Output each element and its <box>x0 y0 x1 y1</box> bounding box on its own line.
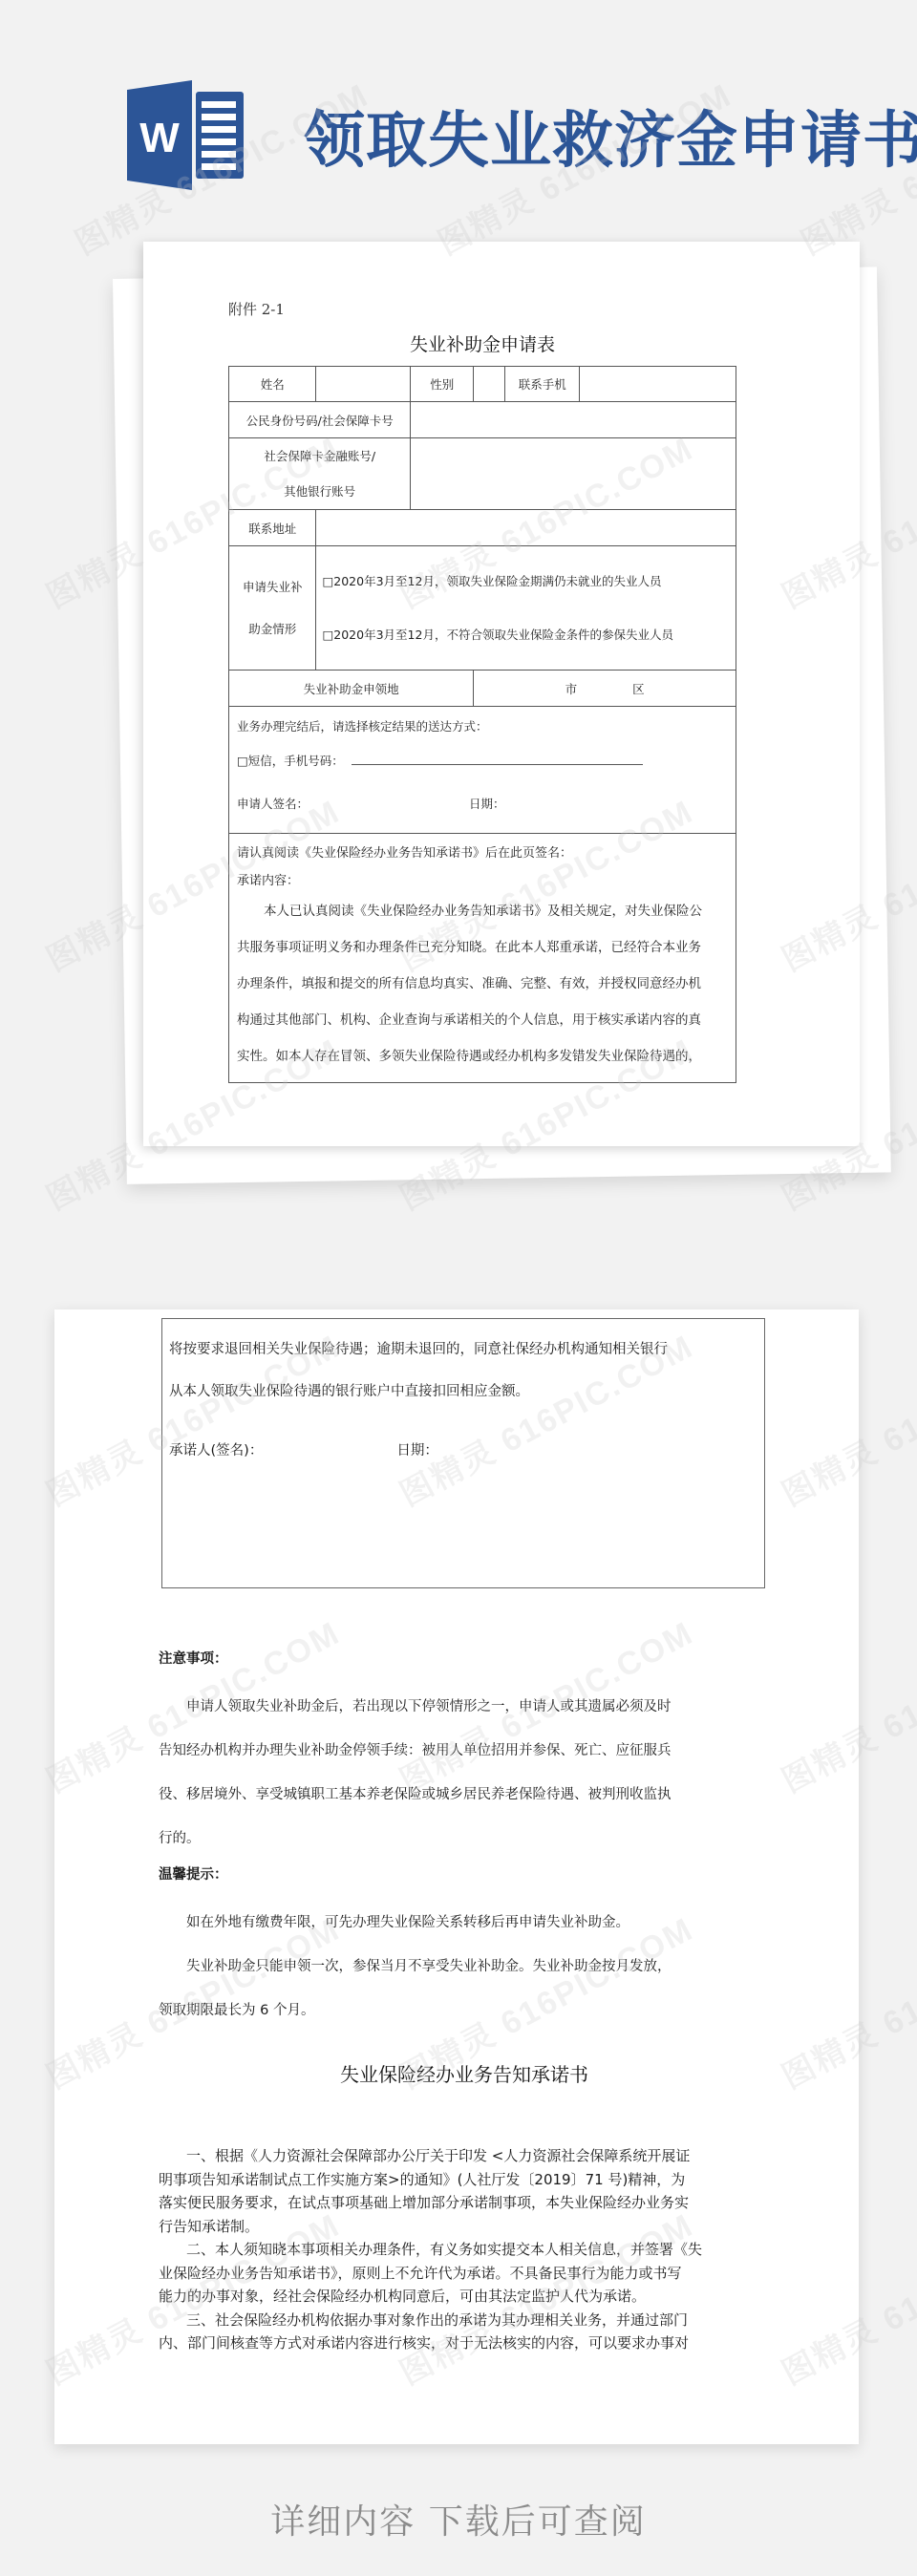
district-label: 区 <box>632 682 645 696</box>
name-label: 姓名 <box>229 367 316 402</box>
phone-field[interactable] <box>580 367 736 402</box>
read-prompt: 请认真阅读《失业保险经办业务告知承诺书》后在此页签名： <box>237 841 728 865</box>
notice-line: 业保险经办业务告知承诺书》，原则上不允许代为承诺。不具备民事行为能力或书写 <box>159 2262 770 2286</box>
pledger-sign-label: 承诺人(签名)： <box>169 1439 263 1459</box>
name-field[interactable] <box>316 367 411 402</box>
id-number-label: 公民身份号码/社会保障卡号 <box>229 402 411 438</box>
address-field[interactable] <box>316 510 736 546</box>
id-number-field[interactable] <box>411 402 736 438</box>
claim-place-field[interactable]: 市 区 <box>474 671 736 707</box>
situation-options: □2020年3月至12月，领取失业保险金期满仍未就业的失业人员 □2020年3月… <box>316 546 736 671</box>
tips-line: 失业补助金只能申领一次，参保当月不享受失业补助金。失业补助金按月发放， <box>159 1945 770 1989</box>
word-document-icon: W <box>127 80 245 190</box>
application-form-table: 姓名 性别 联系手机 公民身份号码/社会保障卡号 社会保障卡金融账号/ 其他银行… <box>228 366 736 1083</box>
city-label: 市 <box>565 682 578 696</box>
notice-title: 失业保险经办业务告知承诺书 <box>159 2059 770 2087</box>
bank-account-field[interactable] <box>411 438 736 510</box>
download-prompt[interactable]: 详细内容 下载后可查阅 <box>0 2495 917 2544</box>
pledger-date-label: 日期： <box>396 1439 438 1459</box>
notice-body: 一、根据《人力资源社会保障部办公厅关于印发 <人力资源社会保障系统开展证 明事项… <box>159 2144 770 2355</box>
notice-line: 能力的办事对象，经社会保险经办机构同意后，可由其法定监护人代为承诺。 <box>159 2285 770 2309</box>
notice-line: 三、社会保险经办机构依据办事对象作出的承诺为其办理相关业务，并通过部门 <box>159 2309 770 2332</box>
claim-place-label: 失业补助金申领地 <box>229 671 474 707</box>
pledge-line: 办理条件，填报和提交的所有信息均真实、准确、完整、有效，并授权同意经办机 <box>237 966 728 1002</box>
address-label: 联系地址 <box>229 510 316 546</box>
gender-label: 性别 <box>411 367 474 402</box>
tips-heading: 温馨提示： <box>159 1861 770 1889</box>
pledge-continued-line: 将按要求退回相关失业保险待遇；逾期未退回的，同意社保经办机构通知相关银行 <box>169 1329 757 1371</box>
notice-line: 明事项告知承诺制试点工作实施方案>的通知》(人社厅发〔2019〕71 号)精神，… <box>159 2168 770 2192</box>
sms-phone-field[interactable] <box>352 752 643 765</box>
situation-label-line2: 助金情形 <box>235 608 309 650</box>
form-title: 失业补助金申请表 <box>228 330 736 356</box>
situation-label: 申请失业补 助金情形 <box>229 546 316 671</box>
tips-line: 领取期限最长为 6 个月。 <box>159 1989 770 2033</box>
applicant-sign-label: 申请人签名： <box>237 783 309 825</box>
notice-line: 落实便民服务要求，在试点事项基础上增加部分承诺制事项，本失业保险经办业务实 <box>159 2191 770 2215</box>
notes-section: 注意事项： 申请人领取失业补助金后，若出现以下停领情形之一，申请人或其遗属必须及… <box>159 1645 770 2033</box>
notes-line: 役、移居境外、享受城镇职工基本养老保险或城乡居民养老保险待遇、被判刑收监执 <box>159 1773 770 1817</box>
pledge-continued-line: 从本人领取失业保险待遇的银行账户中直接扣回相应金额。 <box>169 1371 757 1413</box>
tips-line: 如在外地有缴费年限，可先办理失业保险关系转移后再申请失业补助金。 <box>159 1901 770 1945</box>
pledge-line: 构通过其他部门、机构、企业查询与承诺相关的个人信息，用于核实承诺内容的真 <box>237 1002 728 1038</box>
notes-line: 行的。 <box>159 1817 770 1861</box>
pledge-section: 请认真阅读《失业保险经办业务告知承诺书》后在此页签名： 承诺内容： 本人已认真阅… <box>229 834 736 1083</box>
delivery-prompt: 业务办理完结后，请选择核定结果的送达方式： <box>237 714 728 738</box>
notes-line: 告知经办机构并办理失业补助金停领手续：被用人单位招用并参保、死亡、应征服兵 <box>159 1729 770 1773</box>
sms-option[interactable]: □短信，手机号码： <box>237 738 728 783</box>
bank-account-label-line1: 社会保障卡金融账号/ <box>235 438 404 474</box>
notice-line: 行告知承诺制。 <box>159 2215 770 2239</box>
svg-text:W: W <box>139 115 180 161</box>
attachment-label: 附件 2-1 <box>228 299 285 319</box>
date-label: 日期： <box>469 783 505 825</box>
pledger-signature-row: 承诺人(签名)： 日期： <box>169 1439 757 1459</box>
pledge-line: 本人已认真阅读《失业保险经办业务告知承诺书》及相关规定，对失业保险公 <box>237 893 728 929</box>
gender-field[interactable] <box>474 367 505 402</box>
situation-option-1[interactable]: □2020年3月至12月，领取失业保险金期满仍未就业的失业人员 <box>322 555 730 608</box>
situation-option-2[interactable]: □2020年3月至12月，不符合领取失业保险金条件的参保失业人员 <box>322 608 730 662</box>
pledge-line: 实性。如本人存在冒领、多领失业保险待遇或经办机构多发错发失业保险待遇的， <box>237 1038 728 1075</box>
notice-line: 二、本人须知晓本事项相关办理条件，有义务如实提交本人相关信息，并签署《失 <box>159 2238 770 2262</box>
notes-line: 申请人领取失业补助金后，若出现以下停领情形之一，申请人或其遗属必须及时 <box>159 1685 770 1729</box>
phone-label: 联系手机 <box>505 367 580 402</box>
applicant-signature-row: 申请人签名： 日期： <box>237 783 728 825</box>
situation-label-line1: 申请失业补 <box>235 566 309 608</box>
page-header: W 领取失业救济金申请书 <box>0 0 917 229</box>
delivery-method-section: 业务办理完结后，请选择核定结果的送达方式： □短信，手机号码： 申请人签名： 日… <box>229 707 736 834</box>
bank-account-label: 社会保障卡金融账号/ 其他银行账号 <box>229 438 411 510</box>
pledge-continued-box: 将按要求退回相关失业保险待遇；逾期未退回的，同意社保经办机构通知相关银行 从本人… <box>161 1318 765 1588</box>
pledge-heading: 承诺内容： <box>237 869 728 893</box>
document-title: 领取失业救济金申请书 <box>304 92 917 180</box>
notice-line: 内、部门间核查等方式对承诺内容进行核实，对于无法核实的内容，可以要求办事对 <box>159 2331 770 2355</box>
notes-heading: 注意事项： <box>159 1645 770 1673</box>
pledge-line: 共服务事项证明义务和办理条件已充分知晓。在此本人郑重承诺，已经符合本业务 <box>237 929 728 966</box>
notice-line: 一、根据《人力资源社会保障部办公厅关于印发 <人力资源社会保障系统开展证 <box>159 2144 770 2168</box>
bank-account-label-line2: 其他银行账号 <box>235 474 404 509</box>
